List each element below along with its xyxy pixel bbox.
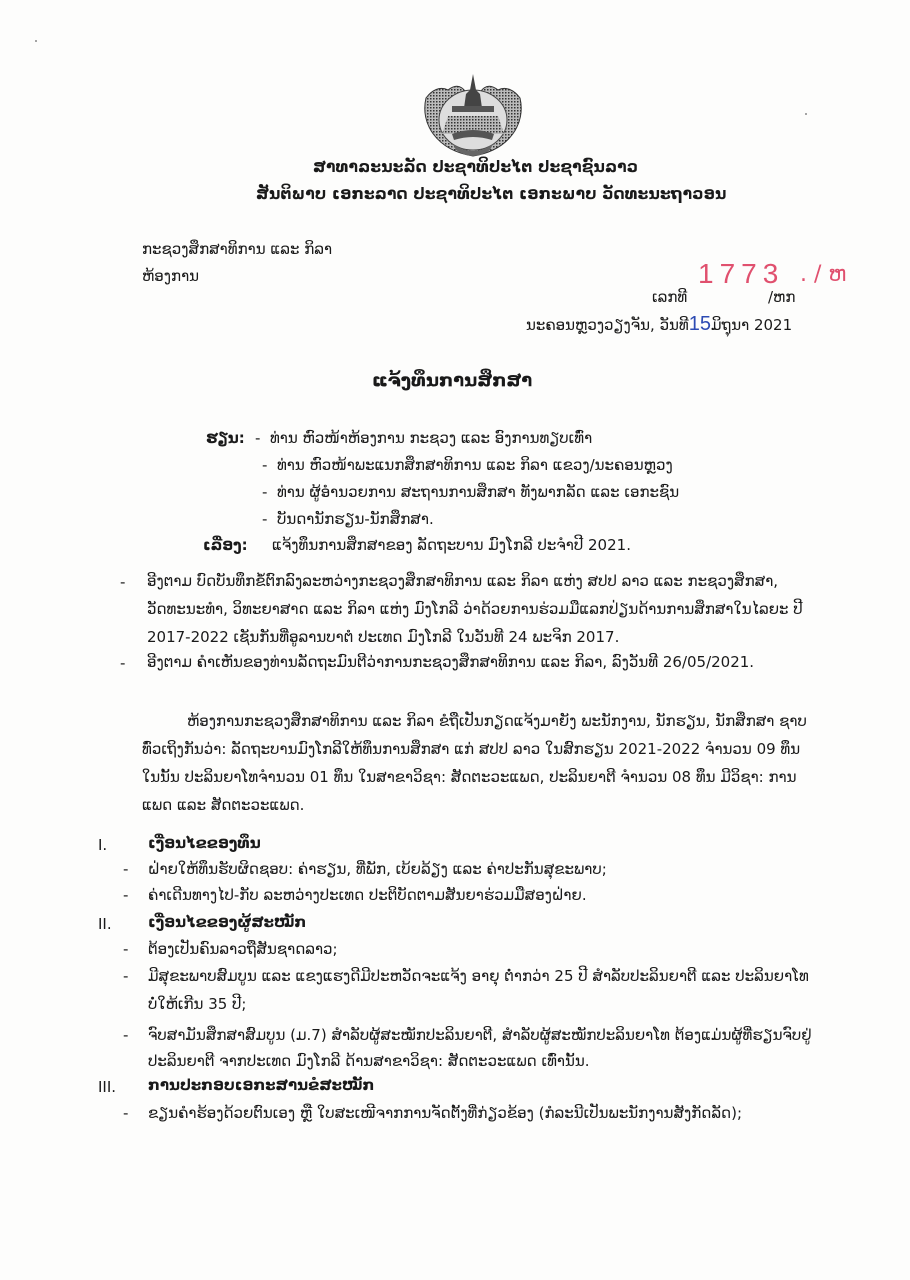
scan-speck	[35, 40, 37, 42]
sender-ministry: ກະຊວງສຶກສາທິການ ແລະ ກິລາ	[142, 240, 332, 258]
bullet-dash: -	[123, 967, 128, 985]
list-item: ມີສຸຂະພາບສົມບູນ ແລະ ແຂງແຮງດີມີປະຫວັດຈະແຈ…	[148, 967, 809, 985]
section-heading: ການປະກອບເອກະສານຂໍສະໝັກ	[148, 1076, 374, 1094]
header-line-1: ສາທາລະນະລັດ ປະຊາທິປະໄຕ ປະຊາຊົນລາວ	[313, 158, 638, 176]
list-item: ຄ່າເດີນທາງໄປ-ກັບ ລະຫວ່າງປະເທດ ປະຕິບັດຕາມ…	[148, 886, 587, 904]
lao-national-emblem-icon	[418, 68, 528, 160]
section-numeral: III.	[98, 1078, 116, 1096]
reference-1: ອີງຕາມ ບົດບັນທຶກຂໍ້ຕົກລົງລະຫວ່າງກະຊວງສຶກ…	[147, 567, 803, 651]
subject-text: ແຈ້ງທຶນການສຶກສາຂອງ ລັດຖະບານ ມົງໂກລີ ປະຈໍ…	[272, 536, 631, 554]
bullet-dash: -	[120, 654, 125, 672]
handwritten-day: 15	[689, 313, 711, 335]
recipients-label: ຮຽນ:	[206, 429, 245, 447]
list-item: ຕ້ອງເປັນຄົນລາວຖືສັນຊາດລາວ;	[148, 940, 338, 958]
list-item-cont: ປະລິນຍາຕີ ຈາກປະເທດ ມົງໂກລີ ດ້ານສາຂາວິຊາ:…	[148, 1052, 590, 1070]
number-label: ເລກທີ	[652, 288, 687, 306]
recipient-item: - ທ່ານ ຫົວໜ້າພະແນກສຶກສາທິການ ແລະ ກິລາ ແຂ…	[262, 456, 673, 474]
bullet-dash: -	[120, 573, 125, 591]
reference-2: ອີງຕາມ ຄໍາເຫັນຂອງທ່ານລັດຖະມົນຕີວ່າການກະຊ…	[147, 648, 754, 676]
recipient-item: - ທ່ານ ຫົວໜ້າຫ້ອງການ ກະຊວງ ແລະ ອົງການທຽບ…	[255, 429, 592, 447]
place-date: ນະຄອນຫຼວງວຽງຈັນ, ວັນທີ15ມິຖຸນາ 2021	[526, 313, 792, 336]
bullet-dash: -	[123, 1026, 128, 1044]
list-item-cont: ບໍ່ໃຫ້ເກີນ 35 ປີ;	[148, 995, 246, 1013]
section-numeral: I.	[98, 836, 107, 854]
bullet-dash: -	[123, 886, 128, 904]
header-line-2: ສັນຕິພາບ ເອກະລາດ ປະຊາທິປະໄຕ ເອກະພາບ ວັດທ…	[256, 185, 727, 203]
list-item: ຈົບສາມັນສຶກສາສົມບູນ (ມ.7) ສໍາລັບຜູ້ສະໝັກ…	[148, 1026, 812, 1044]
bullet-dash: -	[123, 940, 128, 958]
sender-office: ຫ້ອງການ	[142, 267, 199, 285]
scan-speck	[805, 113, 807, 115]
number-suffix: /ຫກ	[768, 288, 795, 306]
list-item: ຝ່າຍໃຫ້ທຶນຮັບຜິດຊອບ: ຄ່າຮຽນ, ທີ່ພັກ, ເບ້…	[148, 860, 607, 878]
section-heading: ເງື່ອນໄຂຂອງຜູ້ສະໝັກ	[148, 913, 306, 931]
section-numeral: II.	[98, 915, 112, 933]
month-year: ມິຖຸນາ 2021	[711, 316, 792, 334]
page-title: ແຈ້ງທຶນການສຶກສາ	[372, 370, 532, 391]
stamp-suffix: . / ຫ	[800, 262, 846, 287]
subject-label: ເລື່ອງ:	[203, 536, 248, 554]
section-heading: ເງື່ອນໄຂຂອງທຶນ	[148, 834, 261, 852]
recipient-item: - ທ່ານ ຜູ້ອໍານວຍການ ສະຖານການສຶກສາ ທັງພາກ…	[262, 483, 679, 501]
body-paragraph: ຫ້ອງການກະຊວງສຶກສາທິການ ແລະ ກິລາ ຂໍຖືເປັນ…	[142, 707, 807, 819]
recipient-item: - ບັນດານັກຮຽນ-ນັກສຶກສາ.	[262, 510, 434, 528]
list-item: ຂຽນຄໍາຮ້ອງດ້ວຍຕົນເອງ ຫຼື ໃບສະເໜີຈາກການຈັ…	[148, 1104, 742, 1122]
bullet-dash: -	[123, 860, 128, 878]
place-date-prefix: ນະຄອນຫຼວງວຽງຈັນ, ວັນທີ	[526, 316, 689, 334]
bullet-dash: -	[123, 1104, 128, 1122]
document-number-stamp: 1773	[698, 258, 784, 290]
